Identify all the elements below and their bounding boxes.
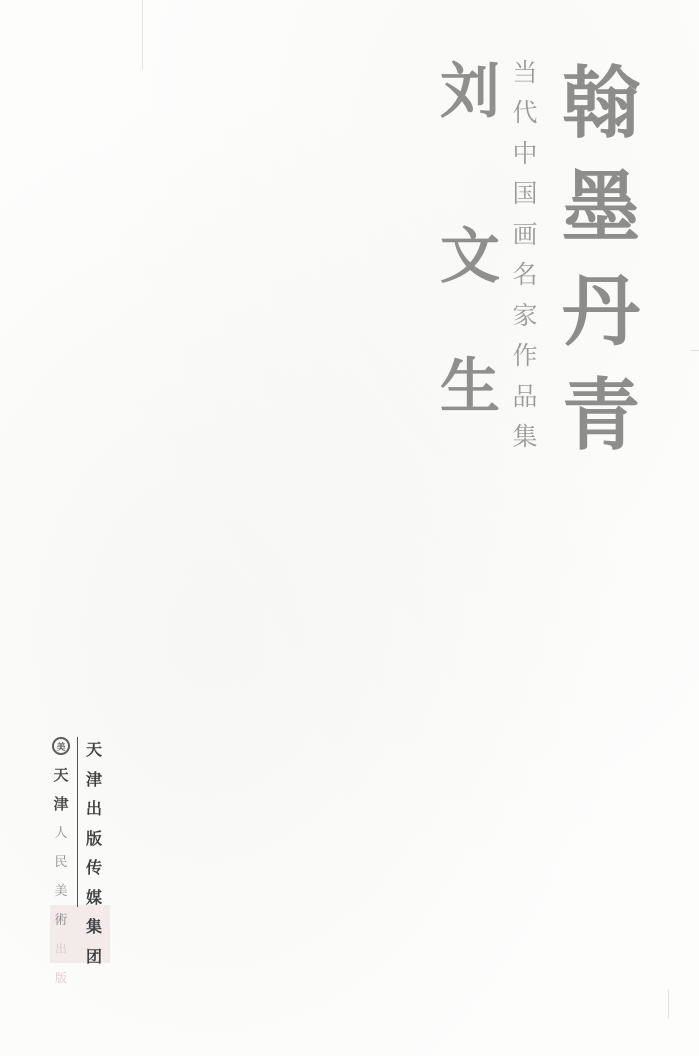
scan-artifact	[690, 350, 699, 351]
group-char: 传	[86, 853, 102, 883]
subtitle-char: 家	[512, 295, 537, 336]
main-title-char: 墨	[562, 156, 640, 260]
group-char: 媒	[86, 883, 102, 913]
imprint-char: 出	[55, 935, 67, 964]
group-char: 出	[86, 794, 102, 824]
subtitle-char: 品	[512, 376, 537, 417]
subtitle-char: 中	[512, 133, 537, 174]
publisher-divider	[77, 737, 78, 907]
group-char: 团	[86, 942, 102, 972]
publisher-block: 美 天 津 人 民 美 術 出 版 天 津 出 版 传 媒 集 团	[46, 733, 112, 965]
subtitle-char: 作	[512, 336, 537, 377]
imprint-char: 天	[53, 761, 68, 790]
subtitle-char: 名	[512, 255, 537, 296]
artist-name-char: 刘	[440, 62, 500, 192]
subtitle-char: 画	[512, 214, 537, 255]
artist-name: 刘 文 生	[436, 62, 504, 452]
subtitle-char: 代	[512, 93, 537, 134]
publisher-group: 天 津 出 版 传 媒 集 团	[82, 735, 106, 971]
imprint-char: 版	[55, 964, 67, 993]
scan-artifact	[142, 0, 143, 70]
imprint-char: 術	[54, 906, 67, 935]
group-char: 津	[86, 765, 102, 795]
group-char: 天	[86, 735, 102, 765]
series-subtitle: 当 代 中 国 画 名 家 作 品 集	[508, 52, 542, 457]
main-title-char: 丹	[562, 260, 640, 364]
book-cover: 翰 墨 丹 青 当 代 中 国 画 名 家 作 品 集 刘 文 生 美 天 津 …	[0, 0, 699, 1056]
imprint-char: 美	[54, 877, 67, 906]
main-title: 翰 墨 丹 青	[558, 52, 644, 468]
group-char: 集	[86, 912, 102, 942]
imprint-char: 人	[54, 819, 67, 848]
artist-name-char: 文	[440, 192, 500, 322]
imprint-char: 津	[53, 790, 68, 819]
main-title-char: 翰	[562, 52, 640, 156]
artist-name-char: 生	[440, 322, 500, 452]
publisher-logo-icon: 美	[52, 737, 70, 755]
scan-artifact	[668, 990, 669, 1018]
group-char: 版	[86, 824, 102, 854]
subtitle-char: 国	[512, 174, 537, 215]
subtitle-char: 当	[512, 52, 537, 93]
publisher-imprint: 天 津 人 民 美 術 出 版	[50, 761, 72, 993]
imprint-char: 民	[54, 848, 67, 877]
subtitle-char: 集	[512, 417, 537, 458]
main-title-char: 青	[562, 364, 640, 468]
